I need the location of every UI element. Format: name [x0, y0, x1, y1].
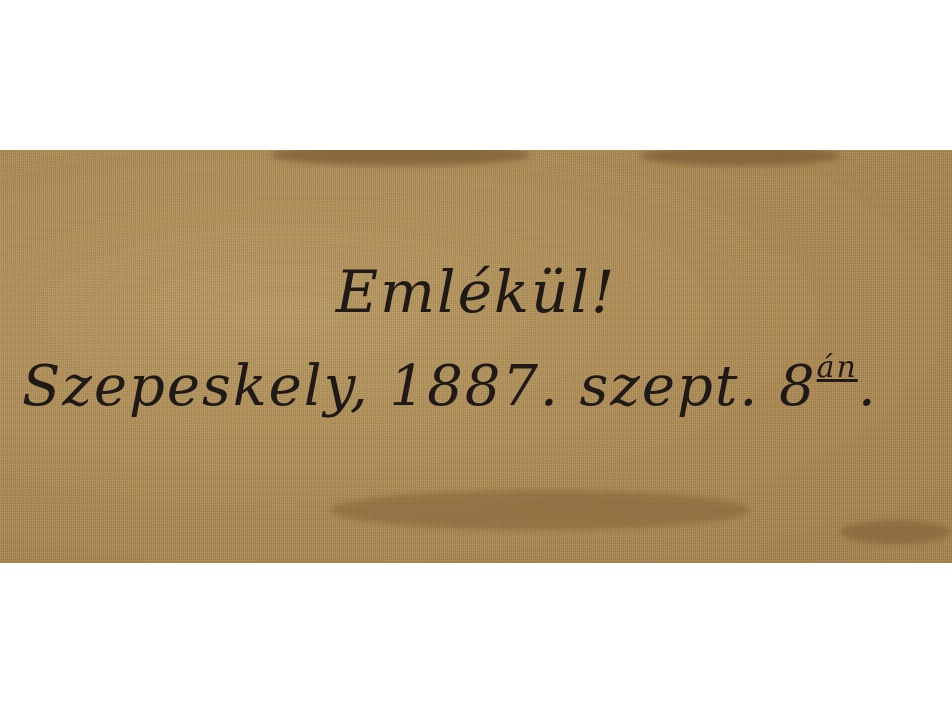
- inscription-line-1: Emlékül!: [0, 258, 952, 326]
- stain-top: [270, 150, 530, 166]
- canvas-photo: Emlékül! Szepeskely, 1887. szept. 8án.: [0, 150, 952, 563]
- inscription-period: .: [858, 354, 878, 419]
- stain-bottom-right: [840, 520, 950, 544]
- stain-top-right: [640, 150, 840, 166]
- inscription-superscript: án: [817, 350, 858, 385]
- inscription-line-2: Szepeskely, 1887. szept. 8án.: [0, 350, 952, 419]
- stain-bottom: [330, 490, 750, 530]
- inscription-place-date: Szepeskely, 1887. szept. 8: [22, 354, 817, 419]
